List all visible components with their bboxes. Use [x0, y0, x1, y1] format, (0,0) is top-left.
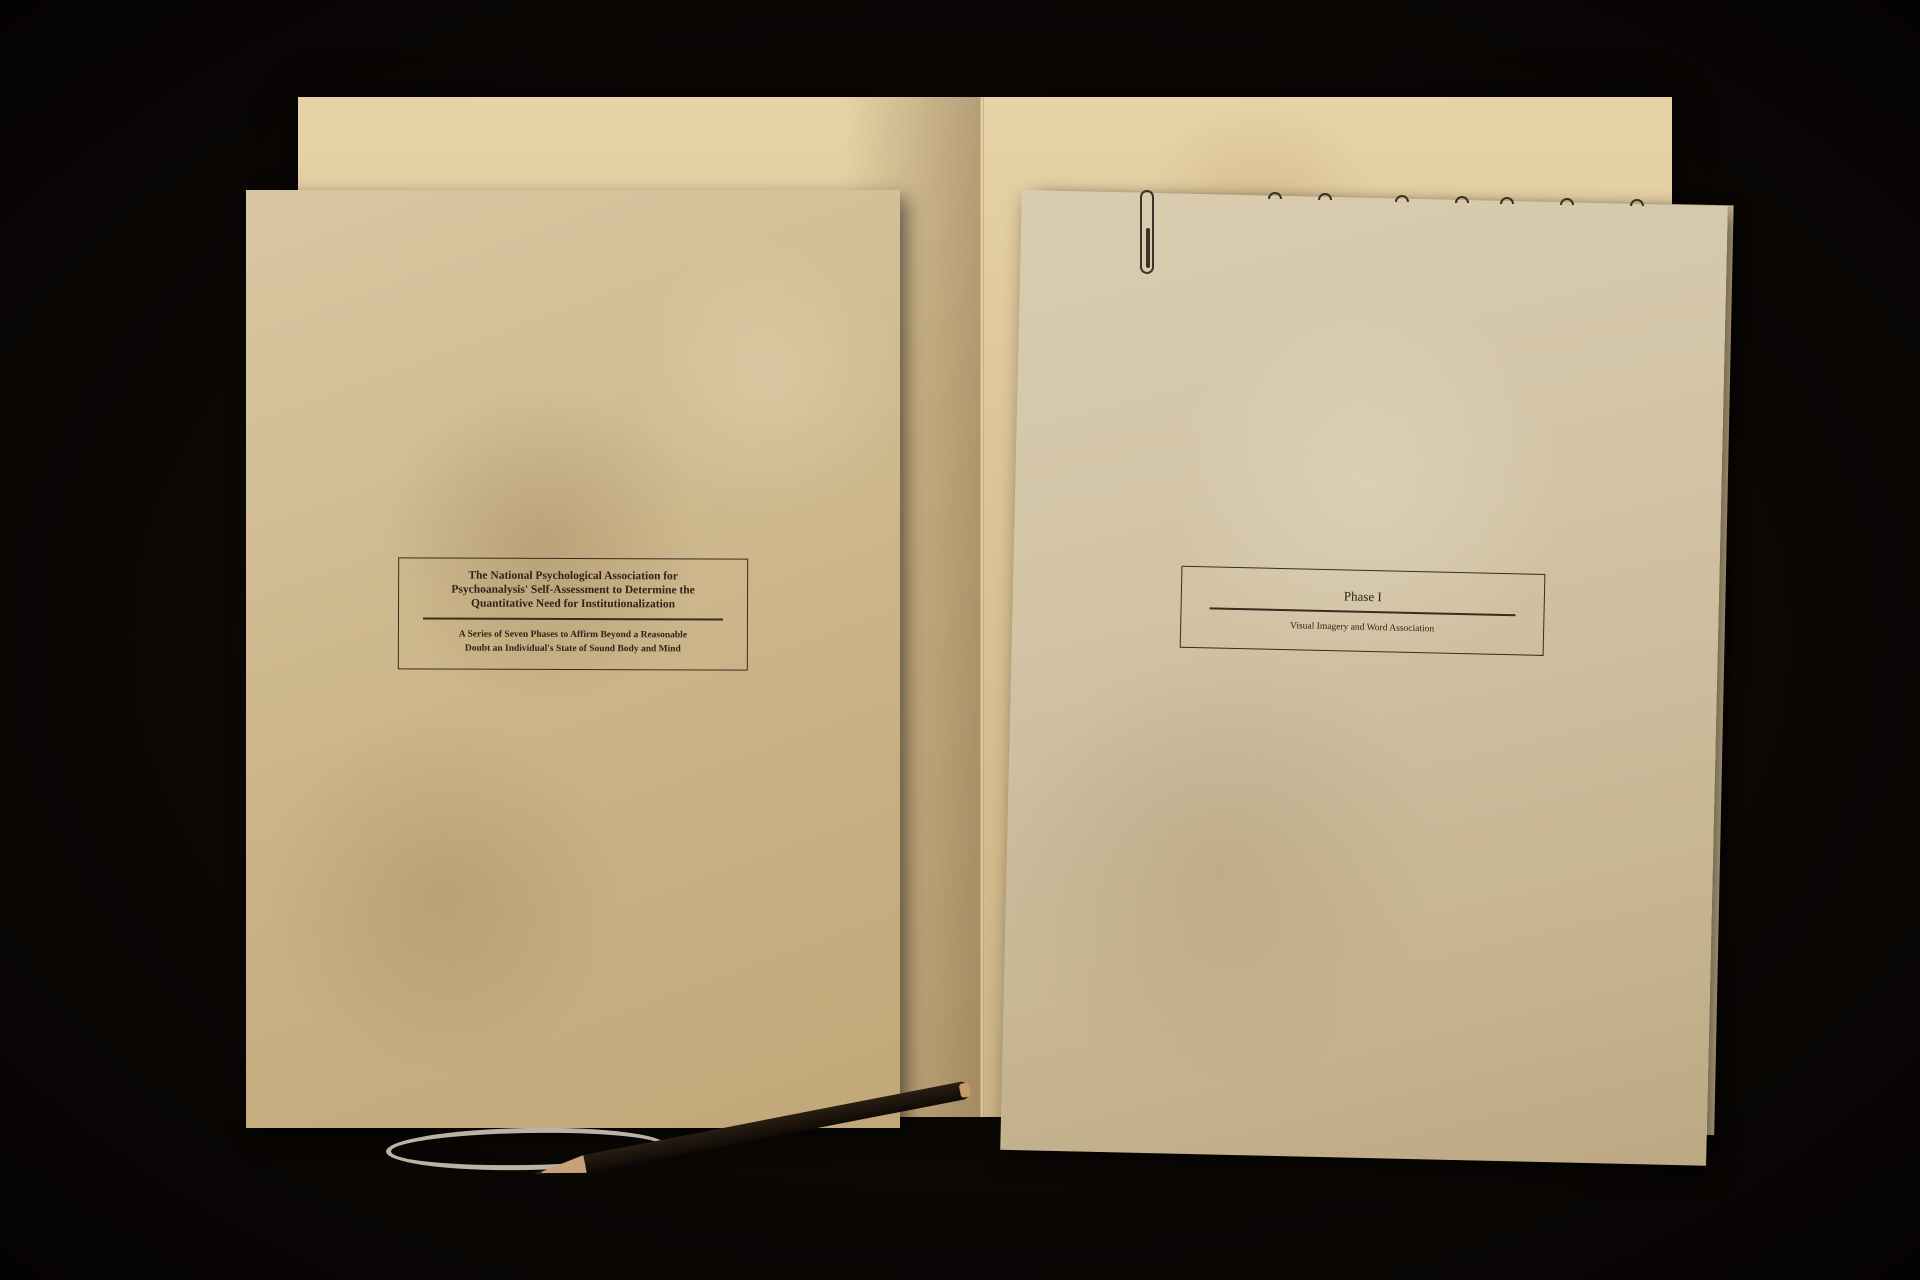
- binder-ring-icon: [1455, 196, 1469, 203]
- cover-subtitle: A Series of Seven Phases to Affirm Beyon…: [399, 627, 747, 656]
- cover-subtitle-line: A Series of Seven Phases to Affirm Beyon…: [409, 627, 737, 642]
- cover-document: The National Psychological Association f…: [246, 190, 900, 1128]
- phase-title-box: Phase I Visual Imagery and Word Associat…: [1180, 566, 1546, 656]
- cover-title-line: Quantitative Need for Institutionalizati…: [409, 596, 737, 611]
- binder-ring-icon: [1630, 199, 1644, 206]
- cover-title: The National Psychological Association f…: [399, 568, 747, 611]
- cover-title-box: The National Psychological Association f…: [398, 557, 748, 670]
- phase-subtitle: Visual Imagery and Word Association: [1181, 618, 1543, 636]
- binder-ring-icon: [1318, 193, 1332, 200]
- folder-spine: [980, 97, 984, 1117]
- binder-ring-icon: [1560, 198, 1574, 205]
- binder-ring-icon: [1395, 195, 1409, 202]
- binder-ring-icon: [1500, 197, 1514, 204]
- cover-title-line: The National Psychological Association f…: [409, 568, 737, 583]
- cover-title-line: Psychoanalysis' Self-Assessment to Deter…: [409, 582, 737, 597]
- paperclip-icon: [1140, 190, 1154, 274]
- cover-divider: [423, 617, 723, 620]
- cover-subtitle-line: Doubt an Individual's State of Sound Bod…: [409, 641, 737, 656]
- binder-ring-icon: [1268, 192, 1282, 199]
- phase-divider: [1210, 607, 1516, 615]
- phase-title: Phase I: [1182, 585, 1544, 609]
- phase-document: Phase I Visual Imagery and Word Associat…: [1000, 190, 1728, 1166]
